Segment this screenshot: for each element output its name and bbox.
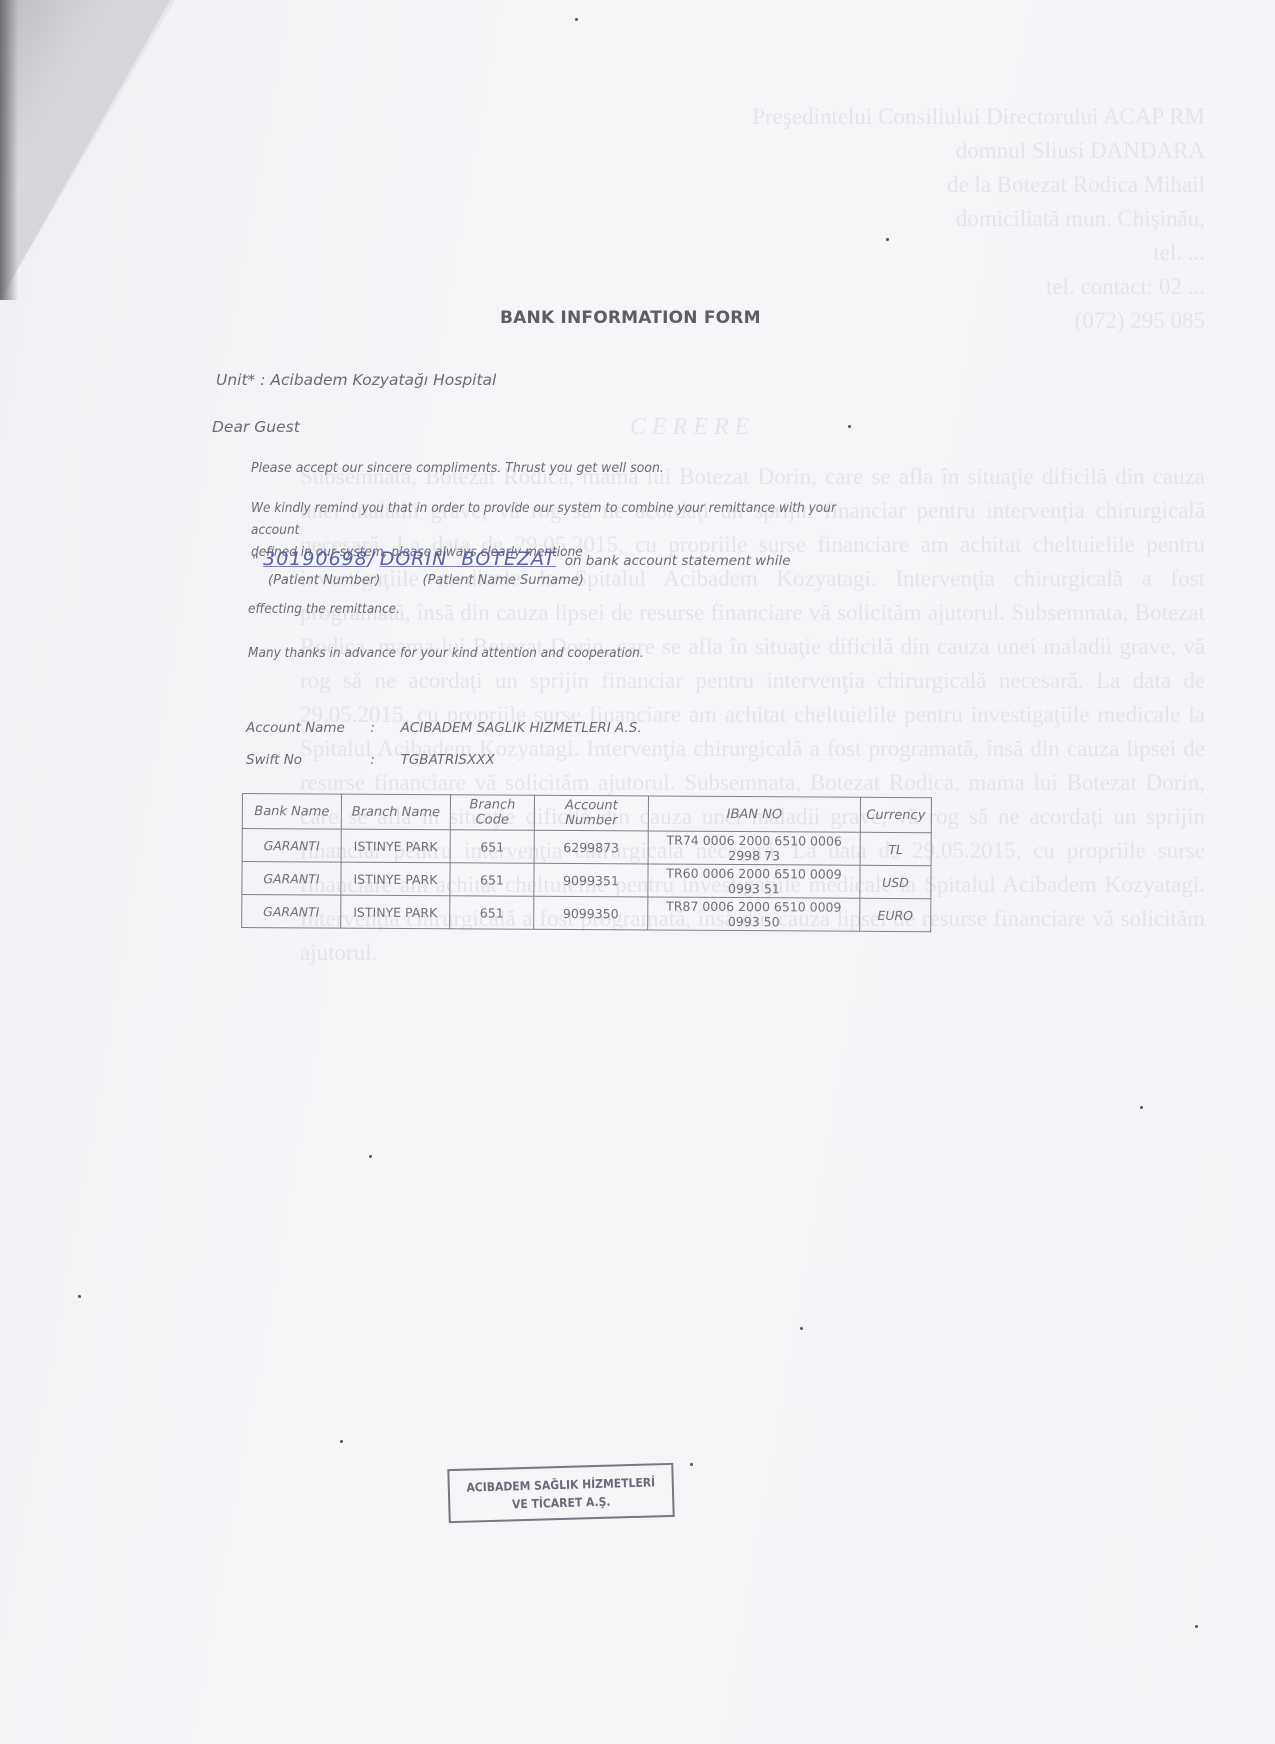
swift-row: Swift No : TGBATRISXXX: [246, 752, 495, 768]
scanned-page: Preşedintelui Consiliului Directorului A…: [0, 0, 1275, 1744]
header-currency: Currency: [860, 797, 931, 832]
bank-information-form: BANK INFORMATION FORM Unit* : Acibadem K…: [0, 0, 1275, 1744]
cell-branch-name: ISTINYE PARK: [341, 895, 450, 929]
scan-speck: [1195, 1625, 1198, 1628]
table-row: GARANTI ISTINYE PARK 651 9099351 TR60 00…: [242, 862, 931, 899]
table-row: GARANTI ISTINYE PARK 651 9099350 TR87 00…: [242, 895, 931, 932]
quote-mark: ": [252, 553, 259, 569]
cell-bank-name: GARANTI: [242, 862, 341, 896]
scan-speck: [848, 425, 851, 428]
cell-iban: TR60 0006 2000 6510 0009 0993 51: [648, 864, 860, 898]
cell-branch-code: 651: [450, 896, 534, 930]
label-patient-name: (Patient Name Surname): [423, 573, 584, 588]
header-branch-code: Branch Code: [450, 795, 534, 831]
handwriting-labels: (Patient Number) (Patient Name Surname): [268, 573, 622, 588]
header-branch-name: Branch Name: [341, 794, 450, 830]
scan-speck: [575, 18, 578, 21]
handwritten-separator: /: [368, 548, 375, 570]
scan-speck: [1140, 1106, 1143, 1109]
bank-accounts-table: Bank Name Branch Name Branch Code Accoun…: [241, 793, 932, 932]
cell-iban: TR87 0006 2000 6510 0009 0993 50: [648, 897, 860, 931]
cell-branch-name: ISTINYE PARK: [341, 862, 450, 896]
paragraph-thanks: Many thanks in advance for your kind att…: [248, 645, 644, 661]
scan-speck: [886, 238, 889, 241]
paragraph-remittance: effecting the remittance.: [248, 601, 400, 617]
cell-branch-name: ISTINYE PARK: [341, 829, 450, 863]
cell-branch-code: 651: [450, 863, 534, 897]
unit-line: Unit* : Acibadem Kozyatağı Hospital: [216, 371, 496, 389]
account-name-label: Account Name: [246, 720, 366, 736]
scan-speck: [78, 1295, 81, 1298]
cell-currency: USD: [860, 865, 931, 898]
greeting: Dear Guest: [212, 418, 300, 436]
cell-currency: TL: [860, 832, 931, 865]
header-iban: IBAN NO: [648, 796, 860, 832]
form-title: BANK INFORMATION FORM: [500, 308, 761, 328]
swift-label: Swift No: [246, 752, 366, 768]
label-patient-number: (Patient Number): [268, 573, 380, 588]
account-name-value: ACIBADEM SAGLIK HIZMETLERI A.S.: [401, 720, 642, 736]
cell-iban: TR74 0006 2000 6510 0006 2998 73: [648, 831, 860, 865]
unit-label: Unit* :: [216, 371, 265, 389]
cell-branch-code: 651: [450, 830, 534, 864]
swift-value: TGBATRISXXX: [401, 752, 495, 768]
scan-speck: [369, 1155, 372, 1158]
account-name-row: Account Name : ACIBADEM SAGLIK HIZMETLER…: [246, 720, 642, 736]
cell-bank-name: GARANTI: [242, 829, 341, 863]
table-row: GARANTI ISTINYE PARK 651 6299873 TR74 00…: [242, 829, 931, 866]
scan-speck: [800, 1327, 803, 1330]
handwritten-reference-line: " 30190698/ DORIN BOTEZAT on bank accoun…: [252, 548, 791, 570]
cell-account-number: 9099350: [534, 896, 648, 930]
handwritten-patient-name: DORIN BOTEZAT: [380, 548, 557, 570]
statement-text: on bank account statement while: [565, 553, 791, 569]
company-stamp: ACIBADEM SAĞLIK HİZMETLERİ VE TİCARET A.…: [447, 1463, 674, 1523]
header-bank-name: Bank Name: [242, 794, 341, 830]
cell-account-number: 9099351: [534, 863, 648, 897]
table-header-row: Bank Name Branch Name Branch Code Accoun…: [242, 794, 931, 833]
unit-value: Acibadem Kozyatağı Hospital: [270, 371, 496, 389]
cell-bank-name: GARANTI: [242, 895, 341, 929]
header-account-number: Account Number: [534, 795, 648, 831]
scan-speck: [690, 1463, 693, 1466]
colon: :: [370, 720, 396, 736]
paragraph-compliments: Please accept our sincere compliments. T…: [251, 460, 664, 476]
colon: :: [370, 752, 396, 768]
cell-account-number: 6299873: [534, 830, 648, 864]
scan-speck: [340, 1440, 343, 1443]
reminder-line-1: We kindly remind you that in order to pr…: [251, 497, 881, 541]
handwritten-patient-number: 30190698: [263, 548, 368, 570]
cell-currency: EURO: [860, 898, 931, 931]
